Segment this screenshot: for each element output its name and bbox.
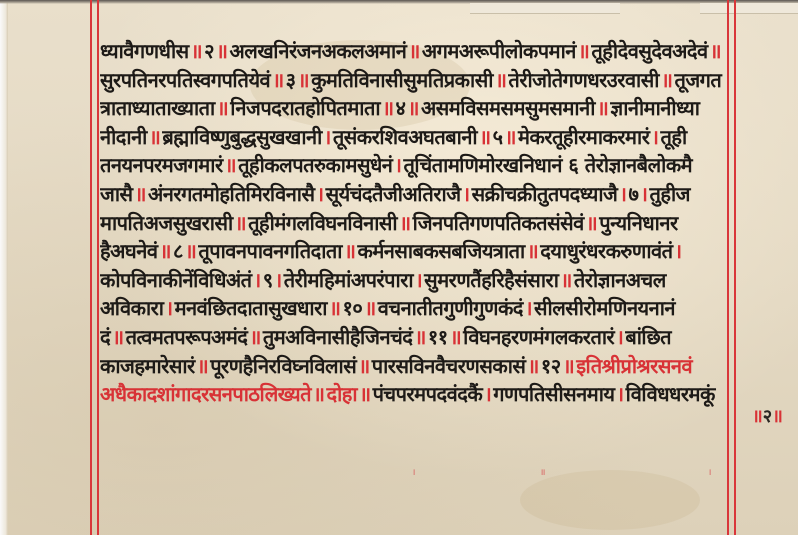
verse-text: ब्रह्माविष्णुबुद्धसुखखानी [162, 125, 321, 149]
danda: । [165, 296, 172, 320]
danda: ॥ [344, 239, 355, 263]
verse-text: तेरीमहिमांअपरंपारा [284, 268, 413, 292]
verse-text: सीलसीरोमणिनयनानं [534, 296, 675, 320]
danda: ॥ [358, 354, 369, 378]
verse-text: नीदानी [100, 125, 147, 149]
manuscript-text-block: ध्यावैगणधीस॥२॥अलखनिरंजनअकलअमानं॥अगमअरूपी… [100, 37, 724, 409]
verse-text: दयाधुरंधरकरुणावंतं [540, 239, 672, 263]
verse-text: मनवंछितदातासुखधारा [175, 296, 327, 320]
danda: ॥ [329, 296, 340, 320]
danda: ॥ [408, 39, 419, 63]
verse-text: तूसंकरशिवअघतबानी [333, 125, 477, 149]
verse-text: १० [342, 296, 362, 320]
danda: ॥ [112, 325, 123, 349]
danda: ॥ [450, 325, 461, 349]
verse-text: तेरोज्ञानबैलोकमै [585, 153, 692, 177]
rubric-text: अधैकादशांगादरसनपाठलिख्यते [100, 382, 311, 406]
verse-text: पुन्यनिधानर [599, 211, 677, 235]
danda: ॥ [249, 325, 260, 349]
verse-text: अंनरगतमोहतिमिरविनासै [148, 182, 314, 206]
rubric-text: दोहा [326, 382, 357, 406]
verse-text: तूपावनपावनगतिदाता [198, 239, 342, 263]
danda: । [675, 239, 682, 263]
verse-text: ११ [428, 325, 448, 349]
danda: ॥ [563, 354, 574, 378]
verse-text: ९ [263, 268, 273, 292]
page-top-edge [0, 0, 798, 4]
manuscript-line: अधैकादशांगादरसनपाठलिख्यते॥दोहा॥पंचपरमपदव… [100, 380, 724, 409]
verse-text: तेरीजोतेगणधरउरवासी [508, 68, 659, 92]
verse-text: गणपतिसीसनमाय [493, 382, 614, 406]
verse-text: ३ [286, 68, 296, 92]
danda: । [651, 125, 658, 149]
verse-text: सूर्यचंदतैजीअतिराजै [326, 182, 461, 206]
manuscript-line: कोपविनाकीनेंविधिअंतं।९।तेरीमहिमांअपरंपार… [100, 266, 724, 295]
danda: ॥ [185, 239, 196, 263]
verse-text: बांछित [625, 325, 671, 349]
rubric-text: इतिश्रीप्रोश्ररसनवं [576, 354, 692, 378]
verse-text: ४ [396, 96, 406, 120]
danda: ॥ [495, 68, 506, 92]
danda: । [324, 125, 331, 149]
verse-text: पूरणहैनिरविघ्नविलासं [210, 354, 356, 378]
verse-text: सक्रीचक्रीतुतपदध्याजै [472, 182, 618, 206]
danda: । [463, 182, 470, 206]
verse-text: तूहीमंगलविघनविनासी [248, 211, 397, 235]
verse-text: तूहीदेवसुदेवअदेवं [591, 39, 707, 63]
verse-text: तूचिंतामणिमोरखनिधानं [403, 153, 562, 177]
manuscript-line: सुरपतिनरपतिस्वगपतियेवं॥३॥कुमतिविनासीसुमत… [100, 66, 724, 95]
verse-text: काजहमारेसारं [100, 354, 195, 378]
danda: । [415, 268, 422, 292]
verse-text: त्राताध्याताख्याता [100, 96, 215, 120]
danda: ॥ [364, 296, 375, 320]
verse-text: कोपविनाकीनेंविधिअंतं [100, 268, 252, 292]
verse-text: तनयनपरमजगमारं [100, 153, 223, 177]
danda: ॥ [414, 325, 425, 349]
verse-text: पारसविनवैचरणसकासं [372, 354, 526, 378]
danda: ॥ [772, 406, 783, 427]
danda: । [317, 182, 324, 206]
danda: ॥ [597, 96, 608, 120]
verse-text: वचनातीतगुणीगुणकंदं [378, 296, 523, 320]
margin-mark: । [412, 465, 415, 478]
manuscript-line: तनयनपरमजगमारं॥तूहीकलपतरुकामसुधेनं।तूचिंत… [100, 151, 724, 180]
left-margin-rule-inner [97, 0, 99, 535]
left-margin-rule-outer [90, 0, 92, 535]
danda: । [394, 153, 401, 177]
manuscript-line: त्राताध्याताख्याता॥निजपदरातहोपितमाता॥४॥अ… [100, 94, 724, 123]
danda: ॥ [149, 125, 160, 149]
danda: ॥ [191, 39, 202, 63]
margin-mark: ॥ [540, 465, 545, 478]
verse-text: अगमअरूपीलोकपमानं [422, 39, 576, 63]
torn-edge [470, 3, 620, 14]
manuscript-line: नीदानी॥ब्रह्माविष्णुबुद्धसुखखानी।तूसंकरश… [100, 123, 724, 152]
danda: ॥ [527, 239, 538, 263]
danda: । [525, 296, 532, 320]
danda: ॥ [399, 211, 410, 235]
danda: ॥ [135, 182, 146, 206]
verse-text: मेकरतूहीरमाकरमारं [518, 125, 649, 149]
verse-text: कर्मनसाबकसबजियत्राता [357, 239, 524, 263]
manuscript-line: जासै॥अंनरगतमोहतिमिरविनासै।सूर्यचंदतैजीअत… [100, 180, 724, 209]
danda: ॥ [505, 125, 516, 149]
paper-stain [520, 470, 700, 530]
danda: ॥ [586, 211, 597, 235]
verse-text: तेरोज्ञानअचल [574, 268, 666, 292]
danda: ॥ [272, 68, 283, 92]
manuscript-page: ध्यावैगणधीस॥२॥अलखनिरंजनअकलअमानं॥अगमअरूपी… [0, 0, 798, 535]
verse-text: ७ [628, 182, 638, 206]
verse-text: १२ [541, 354, 561, 378]
danda: ॥ [407, 96, 418, 120]
verse-text: ६ [562, 153, 585, 177]
manuscript-line: हैअघनेवं॥८॥तूपावनपावनगतिदाता॥कर्मनसाबकसब… [100, 237, 724, 266]
danda: ॥ [661, 68, 672, 92]
right-margin-rule-inner [727, 0, 729, 535]
danda: ॥ [527, 354, 538, 378]
verse-text: जासै [100, 182, 133, 206]
verse-text: ८ [173, 239, 183, 263]
danda: ॥ [217, 96, 228, 120]
danda: ॥ [197, 354, 208, 378]
manuscript-line: काजहमारेसारं॥पूरणहैनिरविघ्नविलासं॥पारसवि… [100, 352, 724, 381]
danda: । [254, 268, 261, 292]
verse-text: विघनहरणमंगलकरतारं [463, 325, 614, 349]
torn-edge [700, 3, 798, 14]
verse-text: ५ [493, 125, 503, 149]
danda: ॥ [359, 382, 370, 406]
verse-text: दं [100, 325, 110, 349]
danda: । [275, 268, 282, 292]
danda: ॥ [578, 39, 589, 63]
danda: ॥ [298, 68, 309, 92]
danda: । [640, 182, 647, 206]
verse-text: तत्वमतपरूपअमंदं [126, 325, 248, 349]
manuscript-line: दं॥तत्वमतपरूपअमंदं॥तुमअविनासीहैजिनचंदं॥१… [100, 323, 724, 352]
danda: ॥ [225, 153, 236, 177]
danda: ॥ [159, 239, 170, 263]
verse-text: असमविसमसमसुमसमानी [421, 96, 595, 120]
danda: ॥ [560, 268, 571, 292]
verse-text: तुहीज [649, 182, 690, 206]
verse-text: तुमअविनासीहैजिनचंदं [263, 325, 412, 349]
verse-text: हैअघनेवं [100, 239, 157, 263]
verse-text: अलखनिरंजनअकलअमानं [230, 39, 407, 63]
danda: । [484, 382, 491, 406]
folio-number-value: २ [763, 406, 772, 427]
manuscript-line: अविकारा।मनवंछितदातासुखधारा॥१०॥वचनातीतगुण… [100, 294, 724, 323]
verse-text: तूहीकलपतरुकामसुधेनं [238, 153, 392, 177]
verse-text: सुरपतिनरपतिस्वगपतियेवं [100, 68, 270, 92]
verse-text: सुमरणतैंहरिहैसंसारा [424, 268, 558, 292]
danda: ॥ [382, 96, 393, 120]
danda: । [617, 382, 624, 406]
verse-text: ध्यावैगणधीस [100, 39, 189, 63]
margin-mark: । [708, 465, 711, 478]
verse-text: अविकारा [100, 296, 163, 320]
danda: ॥ [313, 382, 324, 406]
danda: ॥ [216, 39, 227, 63]
danda: ॥ [479, 125, 490, 149]
verse-text: विविधधरमकूं [626, 382, 715, 406]
danda: ॥ [710, 39, 721, 63]
page-left-edge [0, 0, 8, 535]
right-margin-rule-outer [734, 0, 736, 535]
verse-text: पंचपरमपदवंदकैं [373, 382, 483, 406]
verse-text: जिनपतिगणपतिकतसंसेवं [413, 211, 584, 235]
verse-text: कुमतिविनासीसुमतिप्रकासी [311, 68, 493, 92]
verse-text: ज्ञानीमानीध्या [610, 96, 699, 120]
verse-text: २ [204, 39, 214, 63]
verse-text: मापतिअजसुखरासी [100, 211, 233, 235]
danda: । [616, 325, 623, 349]
manuscript-line: ध्यावैगणधीस॥२॥अलखनिरंजनअकलअमानं॥अगमअरूपी… [100, 37, 724, 66]
manuscript-line: मापतिअजसुखरासी॥तूहीमंगलविघनविनासी॥जिनपति… [100, 209, 724, 238]
danda: । [619, 182, 626, 206]
danda: ॥ [235, 211, 246, 235]
verse-text: तूही [660, 125, 686, 149]
folio-number: ॥२॥ [752, 404, 783, 428]
verse-text: तूजगत [674, 68, 721, 92]
verse-text: निजपदरातहोपितमाता [230, 96, 380, 120]
danda: ॥ [752, 406, 763, 427]
